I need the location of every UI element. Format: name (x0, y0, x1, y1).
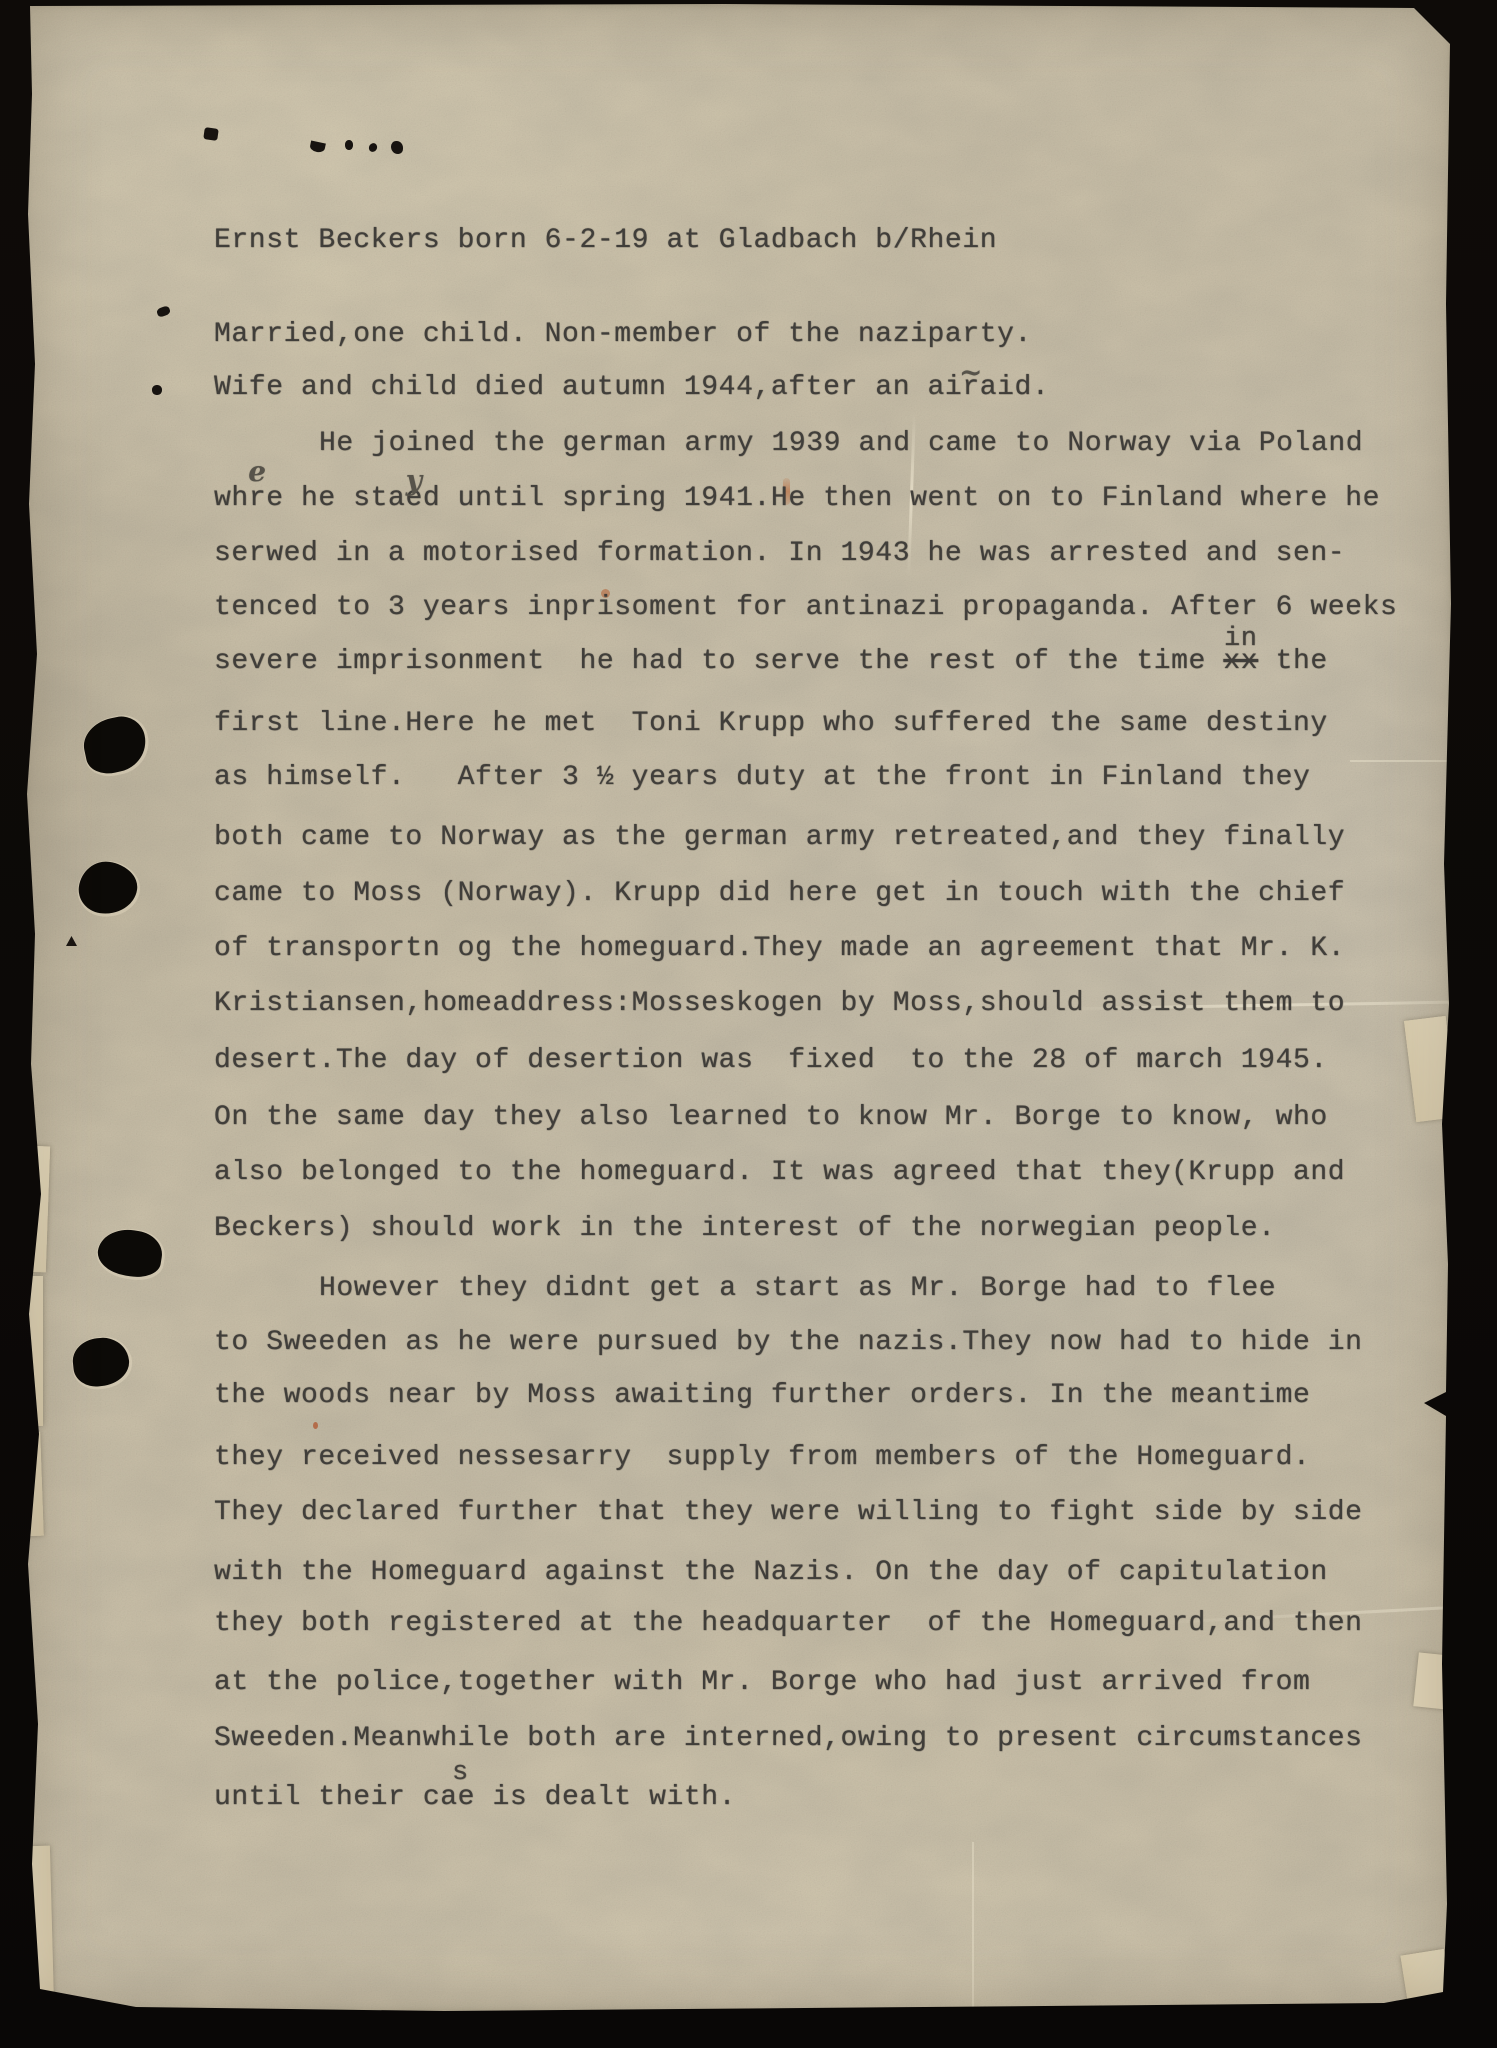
typewritten-line: However they didnt get a start as Mr. Bo… (319, 1274, 1276, 1304)
typewritten-line: On the same day they also learned to kno… (214, 1103, 1328, 1133)
typewritten-line: Kristiansen,homeaddress:Mosseskogen by M… (214, 989, 1345, 1019)
typewritten-line: both came to Norway as the german army r… (214, 823, 1345, 853)
typewritten-line: tenced to 3 years inprisoment for antina… (214, 593, 1397, 623)
correction-mark: y (406, 466, 423, 496)
typewritten-line: desert.The day of desertion was fixed to… (214, 1046, 1328, 1076)
corrected-text: es (458, 1783, 475, 1813)
correction-mark: s (452, 1758, 469, 1788)
typewritten-line: Wife and child died autumn 1944,after an… (214, 373, 1049, 403)
typewritten-line: also belonged to the homeguard. It was a… (214, 1158, 1345, 1188)
typewritten-line: until their caes is dealt with. (214, 1783, 736, 1813)
typewritten-line: with the Homeguard against the Nazis. On… (214, 1558, 1328, 1588)
typewritten-line: severe imprisonment he had to serve the … (214, 647, 1328, 677)
paper-sheet: Ernst Beckers born 6-2-19 at Gladbach b/… (24, 4, 1452, 2012)
typewritten-line: whree he staeyd until spring 1941.He the… (214, 484, 1380, 514)
typewritten-line: Sweeden.Meanwhile both are interned,owin… (214, 1724, 1363, 1754)
correction-mark: in (1224, 624, 1258, 654)
typewritten-line: serwed in a motorised formation. In 1943… (214, 539, 1345, 569)
corrected-text: xxin (1223, 647, 1258, 677)
corrected-text: ey (405, 484, 422, 514)
typewritten-line: Ernst Beckers born 6-2-19 at Gladbach b/… (214, 226, 997, 256)
text-layer: Ernst Beckers born 6-2-19 at Gladbach b/… (24, 4, 1452, 2012)
typewritten-line: they received nessesarry supply from mem… (214, 1443, 1310, 1473)
correction-mark: ~ (959, 358, 983, 388)
typewritten-line: as himself. After 3 ½ years duty at the … (214, 763, 1310, 793)
typewritten-line: they both registered at the headquarter … (214, 1609, 1363, 1639)
corrected-text: r~ (962, 373, 979, 403)
typewritten-line: at the police,together with Mr. Borge wh… (214, 1668, 1310, 1698)
typewritten-line: He joined the german army 1939 and came … (319, 429, 1363, 459)
correction-mark: e (248, 457, 266, 487)
typewritten-line: first line.Here he met Toni Krupp who su… (214, 709, 1328, 739)
typewritten-line: Beckers) should work in the interest of … (214, 1214, 1276, 1244)
typewritten-line: the woods near by Moss awaiting further … (214, 1381, 1310, 1411)
typewritten-line: They declared further that they were wil… (214, 1498, 1363, 1528)
corrected-text: re (249, 484, 266, 514)
typewritten-line: Married,one child. Non-member of the naz… (214, 320, 1032, 350)
typewritten-line: of transportn og the homeguard.They made… (214, 934, 1345, 964)
typewritten-line: to Sweeden as he were pursued by the naz… (214, 1328, 1363, 1358)
typewritten-line: came to Moss (Norway). Krupp did here ge… (214, 879, 1345, 909)
